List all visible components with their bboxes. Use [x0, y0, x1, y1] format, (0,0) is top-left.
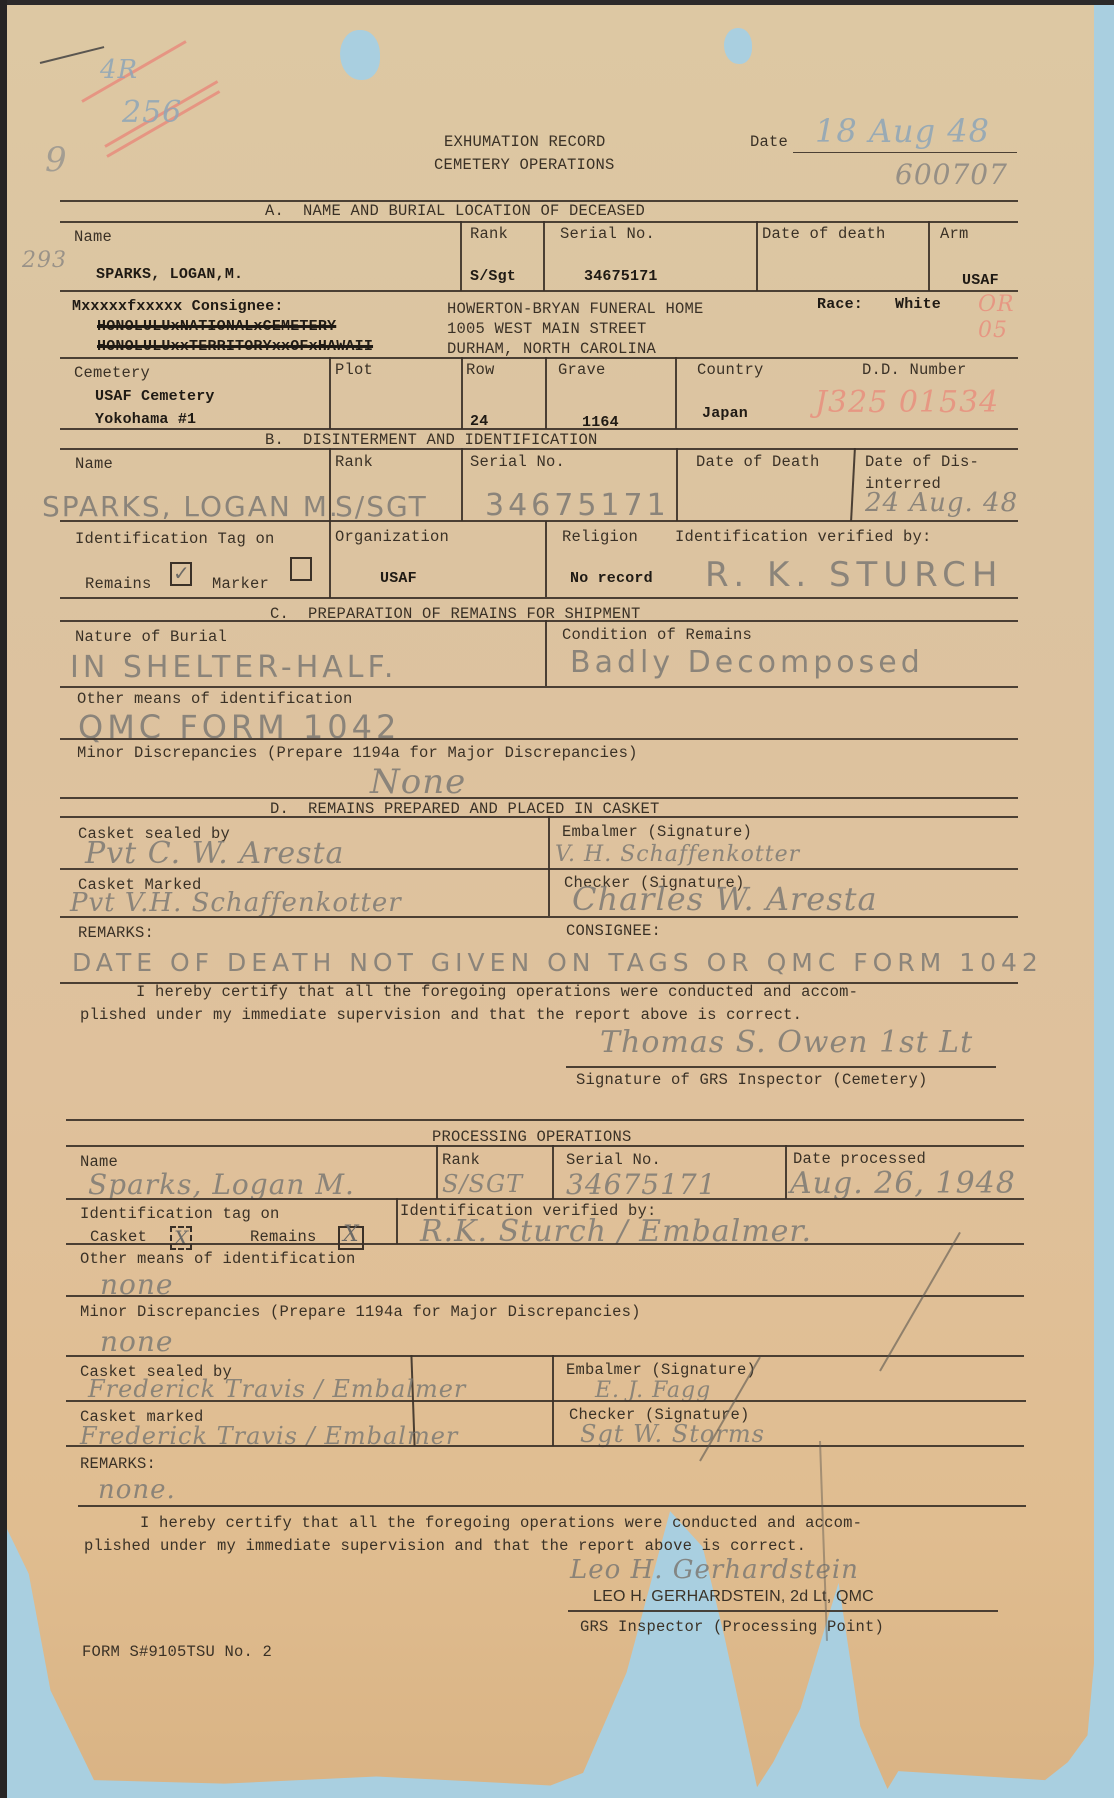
rule — [60, 428, 1018, 430]
label-rank: Rank — [470, 225, 508, 243]
value-arm: USAF — [962, 272, 999, 290]
label-verified-by: Identification verified by: — [675, 528, 932, 546]
form-number: FORM S#9105TSU No. 2 — [82, 1643, 272, 1661]
value-checker: Sgt W. Storms — [580, 1420, 765, 1448]
label-remains: Remains — [85, 575, 152, 593]
casket-checkbox[interactable]: X — [170, 1226, 192, 1250]
rule — [66, 1295, 1024, 1297]
label-tag-on: Identification Tag on — [75, 530, 275, 548]
label-dd-number: D.D. Number — [862, 361, 967, 379]
rule — [60, 916, 1018, 918]
rule — [66, 1400, 1026, 1402]
margin-note: 293 — [22, 248, 67, 273]
label-condition: Condition of Remains — [562, 626, 752, 644]
value-name: Sparks, Logan M. — [88, 1168, 355, 1201]
divider — [552, 1145, 554, 1199]
value-serial: 34675171 — [566, 1168, 717, 1201]
divider — [545, 357, 547, 429]
value-remarks: DATE OF DEATH NOT GIVEN ON TAGS OR QMC F… — [72, 948, 1043, 977]
remains-checkbox[interactable]: X — [338, 1226, 364, 1250]
scan-frame-left — [0, 0, 7, 1798]
value-religion: No record — [570, 570, 653, 588]
label-tag-on: Identification tag on — [80, 1205, 280, 1223]
value-serial: 34675171 — [485, 488, 670, 523]
inspector-name: LEO H. GERHARDSTEIN, 2d Lt, QMC — [593, 1588, 874, 1606]
rule — [78, 1505, 1026, 1507]
section-a-header: A. NAME AND BURIAL LOCATION OF DECEASED — [265, 202, 645, 220]
divider — [543, 221, 545, 291]
divider — [756, 221, 758, 291]
divider — [329, 357, 331, 429]
document-title: EXHUMATION RECORD — [444, 133, 606, 151]
punch-hole-left — [340, 30, 380, 80]
label-embalmer: Embalmer (Signature) — [566, 1361, 756, 1379]
consignee-line: HOWERTON-BRYAN FUNERAL HOME — [447, 300, 704, 318]
remains-checkbox[interactable]: ✓ — [170, 562, 192, 586]
struck-line: HONOLULUxNATIONALxCEMETERY — [97, 318, 336, 336]
divider — [396, 1198, 398, 1244]
scan-frame-top — [0, 0, 1114, 5]
label-consignee: CONSIGNEE: — [566, 922, 661, 940]
signature-line — [566, 1066, 996, 1068]
label-cemetery: Cemetery — [74, 364, 150, 382]
rule — [60, 448, 1018, 450]
rule — [60, 738, 1018, 740]
label-nature-of-burial: Nature of Burial — [75, 628, 227, 646]
value-date-processed: Aug. 26, 1948 — [790, 1166, 1016, 1201]
label-rank: Rank — [442, 1151, 480, 1169]
label-row: Row — [466, 361, 495, 379]
divider — [785, 1145, 787, 1199]
label-other-means: Other means of identification — [77, 690, 353, 708]
signature-caption: GRS Inspector (Processing Point) — [580, 1618, 884, 1636]
x-mark-icon: X — [174, 1226, 188, 1250]
rule — [60, 686, 1018, 688]
label-date-of-death: Date of Death — [696, 453, 820, 471]
punch-hole-right — [724, 28, 752, 64]
date-underline — [793, 152, 1017, 153]
value-embalmer: V. H. Schaffenkotter — [555, 842, 800, 867]
value-cemetery: USAF Cemetery — [95, 388, 215, 406]
value-casket-sealed: Frederick Travis / Embalmer — [88, 1375, 466, 1403]
label-arm: Arm — [940, 225, 969, 243]
certify-text-2: plished under my immediate supervision a… — [80, 1006, 802, 1024]
value-serial: 34675171 — [584, 268, 658, 286]
label-rank: Rank — [335, 453, 373, 471]
value-dd-number: J325 01534 — [815, 385, 999, 420]
value-cemetery-2: Yokohama #1 — [95, 411, 196, 429]
rule — [60, 868, 1018, 870]
race-value: White — [895, 296, 941, 314]
margin-note: 256 — [122, 95, 182, 130]
divider — [675, 357, 677, 429]
rule — [66, 1198, 1024, 1200]
label-religion: Religion — [562, 528, 638, 546]
divider — [460, 221, 462, 291]
label-serial: Serial No. — [470, 453, 565, 471]
divider — [548, 816, 550, 916]
value-verified-by: R. K. STURCH — [705, 555, 1003, 595]
divider — [461, 448, 463, 521]
value-minor-discrepancies: none — [100, 1325, 174, 1358]
consignee-label: Mxxxxxfxxxxx Consignee: — [72, 298, 284, 316]
rule — [60, 597, 1018, 599]
consignee-line: 1005 WEST MAIN STREET — [447, 320, 647, 338]
label-country: Country — [697, 361, 764, 379]
value-name: SPARKS, LOGAN,M. — [96, 266, 243, 284]
value-country: Japan — [702, 405, 748, 423]
value-condition: Badly Decomposed — [570, 645, 924, 680]
processing-header: PROCESSING OPERATIONS — [432, 1128, 632, 1146]
divider — [676, 448, 678, 521]
marker-checkbox[interactable] — [290, 557, 312, 581]
rule — [60, 797, 1018, 799]
label-date-disinterred: Date of Dis- — [865, 453, 979, 471]
label-serial: Serial No. — [566, 1151, 661, 1169]
label-organization: Organization — [335, 528, 449, 546]
certify-text-2: plished under my immediate supervision a… — [84, 1537, 806, 1555]
rule — [60, 357, 1018, 359]
value-casket-sealed: Pvt C. W. Aresta — [85, 836, 344, 871]
case-number: 600707 — [895, 158, 1008, 191]
margin-note: 4R — [100, 55, 138, 85]
rule — [60, 620, 1018, 622]
value-remarks: none. — [98, 1475, 176, 1505]
divider — [329, 448, 331, 598]
document-subtitle: CEMETERY OPERATIONS — [434, 156, 615, 174]
label-minor-discrepancies: Minor Discrepancies (Prepare 1194a for M… — [80, 1303, 641, 1321]
label-name: Name — [75, 455, 113, 473]
label-minor-discrepancies: Minor Discrepancies (Prepare 1194a for M… — [77, 744, 638, 762]
value-casket-marked: Pvt V.H. Schaffenkotter — [70, 888, 402, 918]
label-name: Name — [74, 228, 112, 246]
margin-note: 9 — [45, 140, 68, 180]
signature-line — [568, 1610, 998, 1612]
label-serial: Serial No. — [560, 225, 655, 243]
value-rank: S/SGT — [335, 490, 428, 523]
value-minor-discrepancies: None — [370, 762, 466, 802]
certify-text-1: I hereby certify that all the foregoing … — [136, 983, 858, 1001]
label-remarks: REMARKS: — [78, 924, 154, 942]
race-label: Race: — [817, 296, 863, 314]
label-plot: Plot — [335, 361, 373, 379]
divider — [436, 1145, 438, 1199]
value-other-means: QMC FORM 1042 — [78, 708, 400, 746]
divider — [545, 620, 547, 686]
struck-line: HONOLULUxxTERRITORYxxOFxHAWAII — [97, 338, 373, 356]
value-organization: USAF — [380, 570, 417, 588]
rule — [60, 520, 1018, 522]
value-nature-of-burial: IN SHELTER-HALF. — [70, 650, 397, 685]
value-rank: S/Sgt — [470, 268, 516, 286]
value-rank: S/SGT — [442, 1170, 523, 1198]
label-marker: Marker — [212, 575, 269, 593]
rule — [60, 816, 1018, 818]
red-note: 05 — [978, 318, 1008, 343]
rule — [66, 1445, 1024, 1447]
divider — [461, 357, 463, 429]
rule — [66, 1355, 1024, 1357]
value-date-disinterred: 24 Aug. 48 — [865, 488, 1018, 518]
rule — [66, 1119, 1024, 1121]
certify-text-1: I hereby certify that all the foregoing … — [140, 1514, 862, 1532]
label-remarks: REMARKS: — [80, 1455, 156, 1473]
label-embalmer: Embalmer (Signature) — [562, 823, 752, 841]
value-checker: Charles W. Aresta — [572, 880, 878, 918]
label-other-means: Other means of identification — [80, 1250, 356, 1268]
label-grave: Grave — [558, 361, 606, 379]
label-date-of-death: Date of death — [762, 225, 886, 243]
rule — [60, 221, 1018, 223]
divider — [928, 221, 930, 291]
red-note: OR — [978, 292, 1015, 317]
rule — [60, 290, 1018, 292]
inspector-signature: Thomas S. Owen 1st Lt — [600, 1025, 973, 1060]
inspector-signature: Leo H. Gerhardstein — [570, 1555, 859, 1585]
date-value: 18 Aug 48 — [815, 112, 990, 150]
rule — [66, 1145, 1024, 1147]
consignee-line: DURHAM, NORTH CAROLINA — [447, 340, 656, 358]
value-name: SPARKS, LOGAN M. — [42, 490, 340, 523]
divider — [545, 521, 547, 597]
section-b-header: B. DISINTERMENT AND IDENTIFICATION — [265, 431, 598, 449]
rule — [66, 1243, 1024, 1245]
signature-caption: Signature of GRS Inspector (Cemetery) — [576, 1071, 928, 1089]
date-label: Date — [750, 133, 788, 151]
check-icon: ✓ — [173, 561, 190, 585]
